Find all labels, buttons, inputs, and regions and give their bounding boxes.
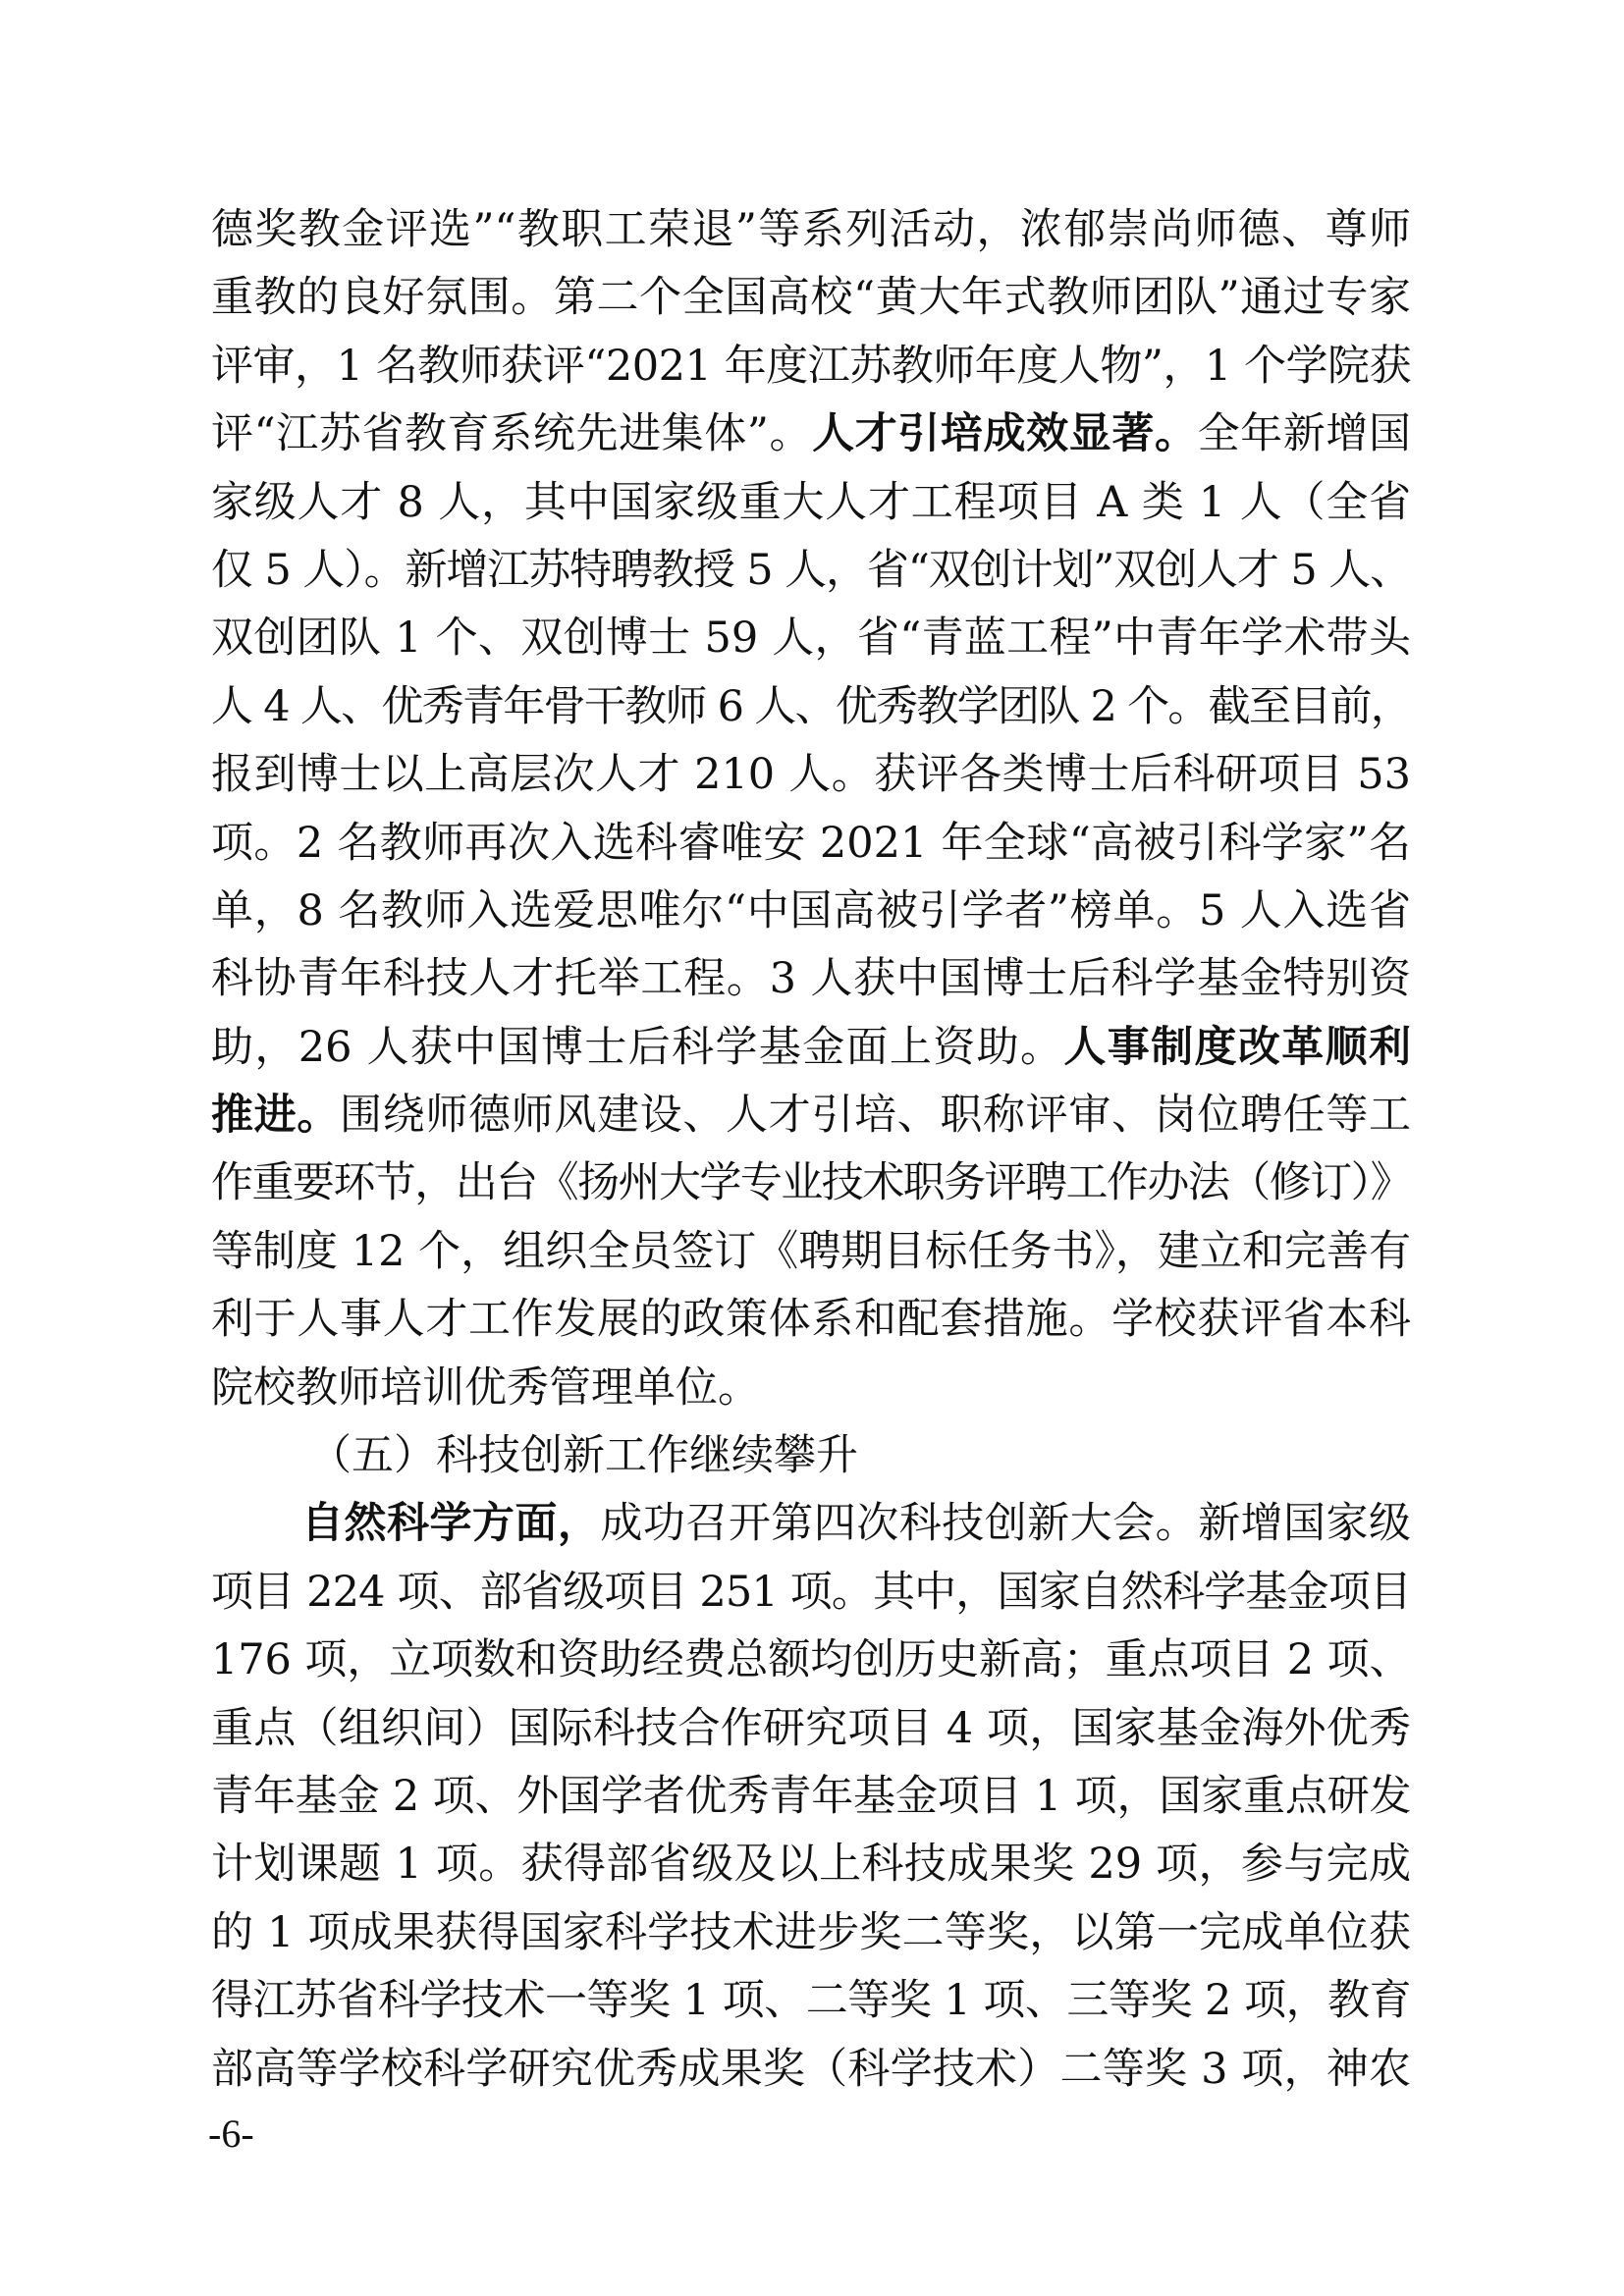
text-line: 单，8 名教师入选爱思唯尔“中国高被引学者”榜单。5 人入选省 <box>211 878 1411 945</box>
text-line: 重教的良好氛围。第二个全国高校“黄大年式教师团队”通过专家 <box>211 264 1411 332</box>
text-segment: 全年新增国 <box>1198 409 1411 458</box>
text-line: 科协青年科技人才托举工程。3 人获中国博士后科学基金特别资 <box>211 945 1411 1013</box>
text-line: 评“江苏省教育系统先进集体”。人才引培成效显著。全年新增国 <box>211 400 1411 468</box>
text-segment: 单，8 名教师入选爱思唯尔“中国高被引学者”榜单。5 人入选省 <box>211 886 1411 935</box>
text-segment: 等制度 12 个，组织全员签订《聘期目标任务书》，建立和完善有 <box>211 1227 1411 1276</box>
text-line: 计划课题 1 项。获得部省级及以上科技成果奖 29 项，参与完成 <box>211 1831 1411 1898</box>
text-segment: 围绕师德师风建设、人才引培、职称评审、岗位聘任等工 <box>340 1091 1411 1140</box>
text-segment: 报到博士以上高层次人才 210 人。获评各类博士后科研项目 53 <box>211 750 1411 799</box>
text-segment: 德奖教金评选”“教职工荣退”等系列活动，浓郁崇尚师德、尊师 <box>211 205 1411 254</box>
body-text: 德奖教金评选”“教职工荣退”等系列活动，浓郁崇尚师德、尊师重教的良好氛围。第二个… <box>211 196 1411 2104</box>
text-segment: 科协青年科技人才托举工程。3 人获中国博士后科学基金特别资 <box>211 954 1411 1003</box>
text-line: 院校教师培训优秀管理单位。 <box>211 1355 1411 1422</box>
bold-lead-phrase: 推进。 <box>211 1091 340 1140</box>
text-line: 青年基金 2 项、外国学者优秀青年基金项目 1 项，国家重点研发 <box>211 1763 1411 1831</box>
text-line: 德奖教金评选”“教职工荣退”等系列活动，浓郁崇尚师德、尊师 <box>211 196 1411 264</box>
text-segment: （五）科技创新工作继续攀升 <box>309 1431 858 1480</box>
text-line: 人 4 人、优秀青年骨干教师 6 人、优秀教学团队 2 个。截至目前， <box>211 673 1411 741</box>
text-line: 得江苏省科学技术一等奖 1 项、二等奖 1 项、三等奖 2 项，教育 <box>211 1967 1411 2035</box>
text-line: 等制度 12 个，组织全员签订《聘期目标任务书》，建立和完善有 <box>211 1218 1411 1286</box>
text-segment: 成功召开第四次科技创新大会。新增国家级 <box>600 1499 1411 1548</box>
text-line: 重点（组织间）国际科技合作研究项目 4 项，国家基金海外优秀 <box>211 1695 1411 1763</box>
text-line: 的 1 项成果获得国家科学技术进步奖二等奖，以第一完成单位获 <box>211 1899 1411 1967</box>
text-line: 自然科学方面，成功召开第四次科技创新大会。新增国家级 <box>211 1490 1411 1558</box>
text-line: 仅 5 人）。新增江苏特聘教授 5 人，省“双创计划”双创人才 5 人、 <box>211 537 1411 605</box>
bold-lead-phrase: 自然科学方面， <box>301 1499 600 1548</box>
text-line: 利于人事人才工作发展的政策体系和配套措施。学校获评省本科 <box>211 1286 1411 1354</box>
text-segment: 仅 5 人）。新增江苏特聘教授 5 人，省“双创计划”双创人才 5 人、 <box>211 546 1411 595</box>
section-heading: （五）科技创新工作继续攀升 <box>211 1422 1411 1490</box>
text-line: 推进。围绕师德师风建设、人才引培、职称评审、岗位聘任等工 <box>211 1082 1411 1149</box>
text-segment: 176 项，立项数和资助经费总额均创历史新高；重点项目 2 项、 <box>211 1635 1411 1684</box>
page-number: -6- <box>208 2110 254 2157</box>
text-segment: 项。2 名教师再次入选科睿唯安 2021 年全球“高被引科学家”名 <box>211 819 1411 868</box>
text-line: 作重要环节，出台《扬州大学专业技术职务评聘工作办法（修订）》 <box>211 1149 1411 1217</box>
text-segment: 利于人事人才工作发展的政策体系和配套措施。学校获评省本科 <box>211 1295 1411 1344</box>
bold-lead-phrase: 人事制度改革顺利 <box>1063 1023 1411 1072</box>
document-page: 德奖教金评选”“教职工荣退”等系列活动，浓郁崇尚师德、尊师重教的良好氛围。第二个… <box>0 0 1624 2296</box>
text-segment: 作重要环节，出台《扬州大学专业技术职务评聘工作办法（修订）》 <box>211 1158 1411 1207</box>
text-line: 176 项，立项数和资助经费总额均创历史新高；重点项目 2 项、 <box>211 1627 1411 1694</box>
text-line: 部高等学校科学研究优秀成果奖（科学技术）二等奖 3 项，神农 <box>211 2036 1411 2104</box>
text-segment: 部高等学校科学研究优秀成果奖（科学技术）二等奖 3 项，神农 <box>211 2045 1411 2094</box>
text-segment: 家级人才 8 人，其中国家级重大人才工程项目 A 类 1 人（全省 <box>211 478 1411 527</box>
text-line: 报到博士以上高层次人才 210 人。获评各类博士后科研项目 53 <box>211 741 1411 809</box>
text-segment: 院校教师培训优秀管理单位。 <box>211 1363 760 1413</box>
text-segment: 得江苏省科学技术一等奖 1 项、二等奖 1 项、三等奖 2 项，教育 <box>211 1976 1411 2025</box>
text-line: 双创团队 1 个、双创博士 59 人，省“青蓝工程”中青年学术带头 <box>211 605 1411 672</box>
text-segment: 重教的良好氛围。第二个全国高校“黄大年式教师团队”通过专家 <box>211 273 1411 322</box>
text-line: 项。2 名教师再次入选科睿唯安 2021 年全球“高被引科学家”名 <box>211 810 1411 878</box>
text-segment: 计划课题 1 项。获得部省级及以上科技成果奖 29 项，参与完成 <box>211 1840 1411 1889</box>
text-segment: 青年基金 2 项、外国学者优秀青年基金项目 1 项，国家重点研发 <box>211 1772 1411 1821</box>
text-line: 家级人才 8 人，其中国家级重大人才工程项目 A 类 1 人（全省 <box>211 469 1411 537</box>
text-line: 项目 224 项、部省级项目 251 项。其中，国家自然科学基金项目 <box>211 1559 1411 1627</box>
text-line: 评审，1 名教师获评“2021 年度江苏教师年度人物”，1 个学院获 <box>211 333 1411 400</box>
text-segment: 人 4 人、优秀青年骨干教师 6 人、优秀教学团队 2 个。截至目前， <box>211 682 1411 731</box>
text-segment: 评审，1 名教师获评“2021 年度江苏教师年度人物”，1 个学院获 <box>211 342 1411 391</box>
text-segment: 双创团队 1 个、双创博士 59 人，省“青蓝工程”中青年学术带头 <box>211 614 1411 663</box>
text-segment: 助，26 人获中国博士后科学基金面上资助。 <box>211 1023 1063 1072</box>
text-segment: 的 1 项成果获得国家科学技术进步奖二等奖，以第一完成单位获 <box>211 1908 1411 1957</box>
text-segment: 项目 224 项、部省级项目 251 项。其中，国家自然科学基金项目 <box>211 1568 1411 1617</box>
text-line: 助，26 人获中国博士后科学基金面上资助。人事制度改革顺利 <box>211 1014 1411 1082</box>
text-segment: 重点（组织间）国际科技合作研究项目 4 项，国家基金海外优秀 <box>211 1704 1411 1753</box>
bold-lead-phrase: 人才引培成效显著。 <box>812 409 1197 458</box>
text-segment: 评“江苏省教育系统先进集体”。 <box>211 409 812 458</box>
